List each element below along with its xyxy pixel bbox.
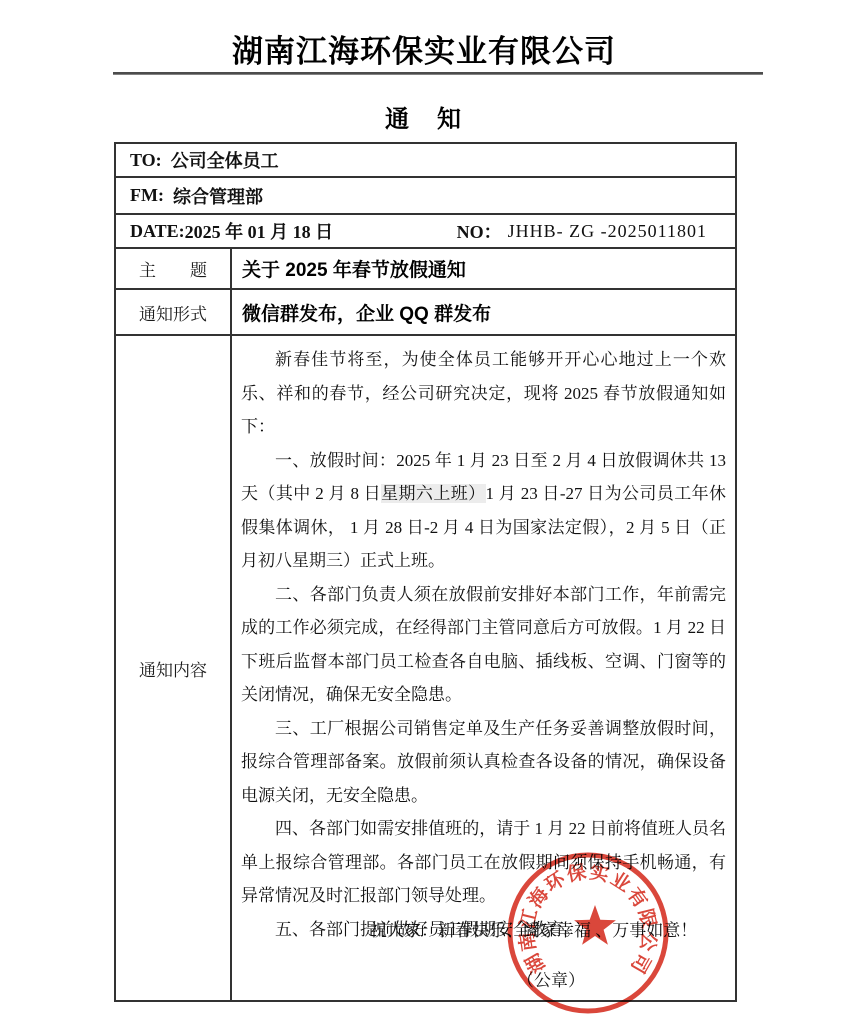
stamp-character: 实 bbox=[588, 860, 611, 886]
to-value: 公司全体员工 bbox=[171, 147, 279, 173]
to-label: TO: bbox=[130, 150, 162, 171]
doc-number: NO： JHHB- ZG -2025011801 bbox=[457, 218, 735, 244]
stamp-arc-text: 湖南江海环保实业有限公司 bbox=[516, 860, 660, 977]
highlighted-text: 星期六上班） bbox=[381, 484, 485, 503]
stamp-character: 南 bbox=[516, 931, 540, 953]
fm-value: 综合管理部 bbox=[173, 183, 263, 209]
form-row: 通知形式 微信群发布，企业 QQ 群发布 bbox=[116, 290, 735, 336]
no-label: NO： bbox=[457, 218, 502, 244]
subject-value: 关于 2025 年春节放假通知 bbox=[232, 255, 735, 282]
subject-label: 主 题 bbox=[116, 249, 232, 288]
fm-label: FM: bbox=[130, 185, 164, 206]
company-stamp: 湖南江海环保实业有限公司 bbox=[503, 848, 673, 1018]
date-row: DATE: 2025 年 01 月 18 日 NO： JHHB- ZG -202… bbox=[116, 215, 735, 249]
form-label: 通知形式 bbox=[116, 290, 232, 334]
notice-paragraph: 一、放假时间：2025 年 1 月 23 日至 2 月 4 日放假调休共 13 … bbox=[241, 444, 726, 578]
form-value: 微信群发布，企业 QQ 群发布 bbox=[232, 299, 735, 326]
date-value: 2025 年 01 月 18 日 bbox=[185, 218, 334, 244]
title-underline bbox=[113, 72, 763, 75]
notice-paragraph: 三、工厂根据公司销售定单及生产任务妥善调整放假时间，报综合管理部备案。放假前须认… bbox=[241, 712, 726, 813]
stamp-character: 司 bbox=[626, 949, 655, 976]
stamp-character: 公 bbox=[636, 931, 661, 954]
stamp-character: 限 bbox=[634, 907, 660, 931]
subject-row: 主 题 关于 2025 年春节放假通知 bbox=[116, 249, 735, 290]
fm-row: FM: 综合管理部 bbox=[116, 178, 735, 215]
star-icon bbox=[574, 905, 616, 945]
content-label: 通知内容 bbox=[116, 336, 232, 1000]
date-label: DATE: bbox=[130, 221, 185, 242]
company-name: 湖南江海环保实业有限公司 bbox=[0, 26, 848, 71]
to-row: TO: 公司全体员工 bbox=[116, 144, 735, 178]
stamp-character: 保 bbox=[565, 860, 588, 886]
notice-paragraph: 二、各部门负责人须在放假前安排好本部门工作，年前需完成的工作必须完成，在经得部门… bbox=[241, 578, 726, 712]
no-value: JHHB- ZG -2025011801 bbox=[508, 221, 707, 242]
doc-title: 通 知 bbox=[0, 99, 848, 134]
notice-paragraph: 新春佳节将至，为使全体员工能够开开心心地过上一个欢乐、祥和的春节，经公司研究决定… bbox=[241, 343, 726, 444]
stamp-character: 湖 bbox=[520, 950, 549, 978]
